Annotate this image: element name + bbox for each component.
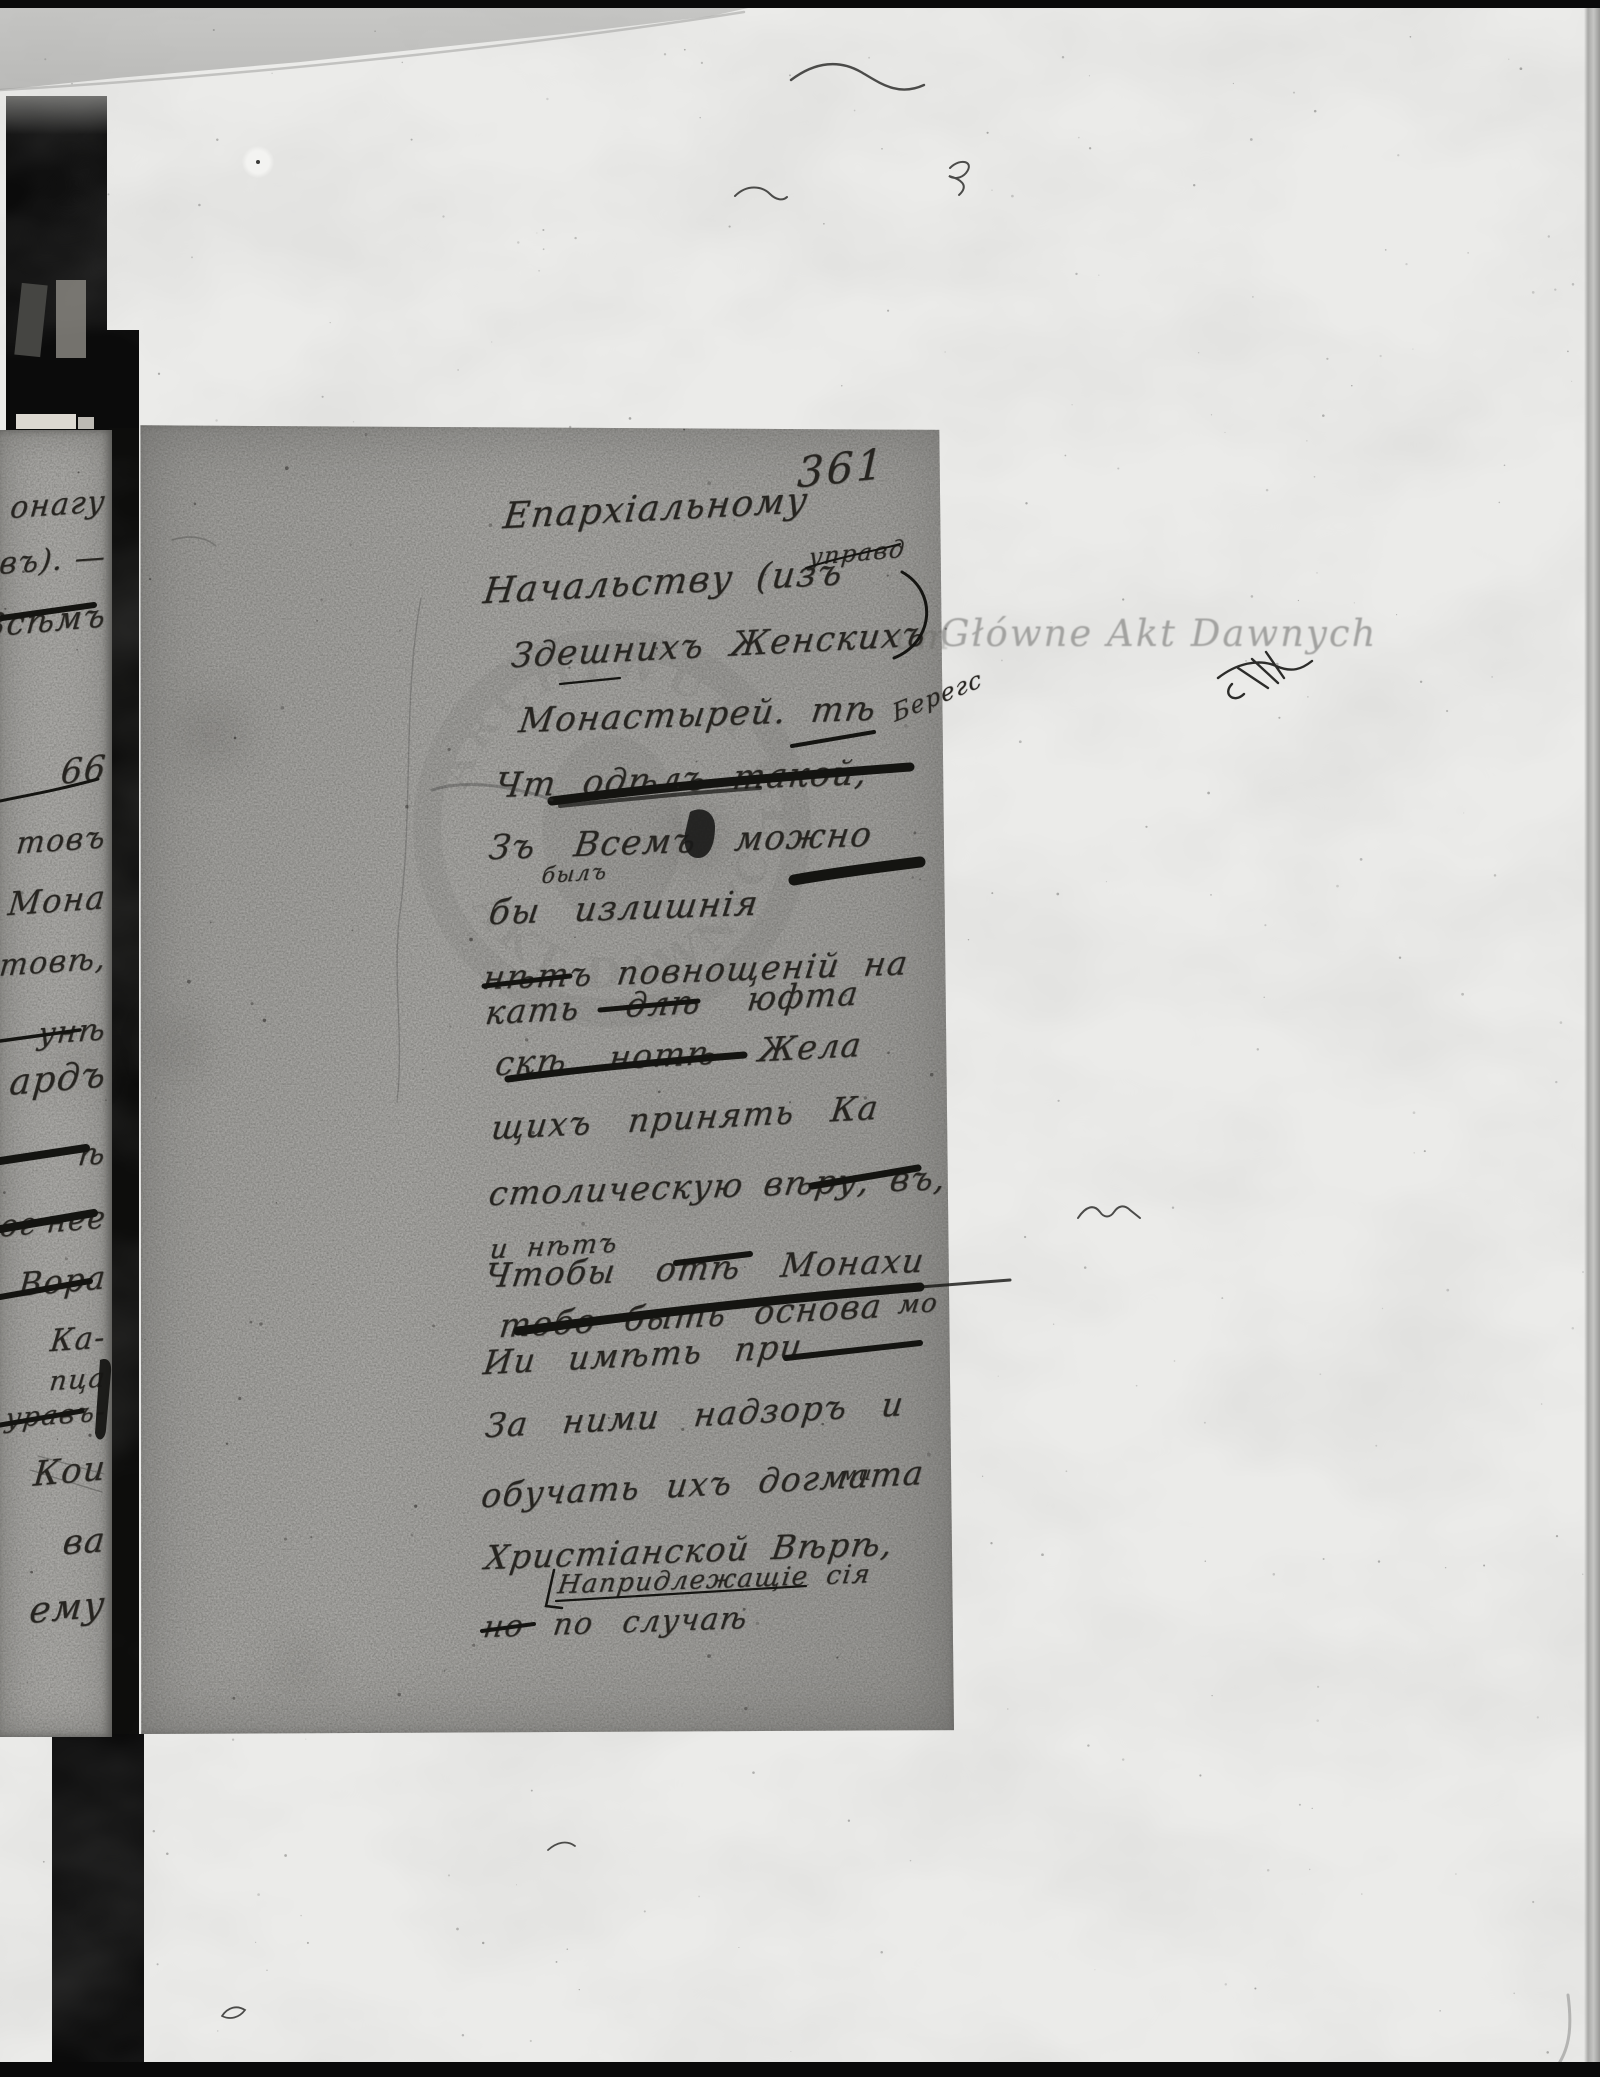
handwriting-fragment: ог нее	[0, 1200, 108, 1245]
handwriting-line: щихъ принять Ка	[489, 1088, 881, 1148]
handwriting-fragment: унѣ	[36, 1012, 108, 1052]
handwriting-line: ми	[839, 1460, 874, 1486]
handwriting-line: столическую вѣру, въ,	[486, 1158, 949, 1213]
handwriting-line: Берегс	[890, 664, 985, 728]
handwriting-fragment: уравъ-	[4, 1396, 108, 1434]
handwriting-fragment: 66	[59, 748, 108, 793]
photo-right-edge	[1584, 0, 1600, 2077]
handwriting-fragment: товъ	[15, 820, 108, 862]
handwriting-fragment: въ). —	[0, 539, 108, 582]
handwriting-fragment: Вора	[17, 1258, 108, 1304]
handwriting-line: Епархіальному	[501, 480, 811, 537]
handwriting-line: Зъ Всемъ можно	[486, 815, 875, 869]
archival-scan-photo: ARCHIWUM GŁÓWNE AKT DAWNYCH um Główne Ak…	[0, 0, 1600, 2077]
handwriting-line: былъ	[540, 859, 609, 889]
handwriting-fragment: Мона	[6, 878, 108, 923]
handwriting-line: бы излишнія	[486, 884, 761, 934]
handwriting-fragment: ардъ	[7, 1054, 108, 1104]
handwriting-line: Начальству (изъ	[481, 552, 846, 612]
handwriting-line: Монастырей. тѣ	[516, 689, 879, 742]
handwriting-line: Здешнихъ Женскихъ	[509, 614, 929, 676]
handwriting-line: мо	[896, 1288, 940, 1320]
film-bar-top	[0, 0, 1600, 8]
handwriting-line: Чт одѣлъ такой,	[492, 753, 870, 806]
handwriting-fragment: ѣ	[76, 1136, 108, 1173]
handwriting-fragment: товѣ,	[0, 941, 108, 984]
handwriting-fragment: онагу	[9, 484, 108, 526]
handwriting-line: скѣ нотѣ Жела	[493, 1025, 864, 1084]
film-bar-bottom	[0, 2062, 1600, 2077]
handwriting-fragment: пца	[48, 1362, 108, 1397]
handwriting-fragment: ва	[61, 1520, 108, 1563]
handwriting-line: За ними надзоръ и	[483, 1384, 907, 1445]
handwriting-layer: ЕпархіальномууправдНачальству (изъЗдешни…	[0, 0, 1600, 2077]
handwriting-fragment: Кои	[32, 1448, 108, 1495]
handwriting-fragment: Ка-	[49, 1320, 108, 1359]
handwriting-line: но по случаѣ	[481, 1601, 750, 1645]
handwriting-fragment: Всѣмъ	[0, 596, 108, 645]
handwriting-fragment: ему	[28, 1584, 108, 1632]
